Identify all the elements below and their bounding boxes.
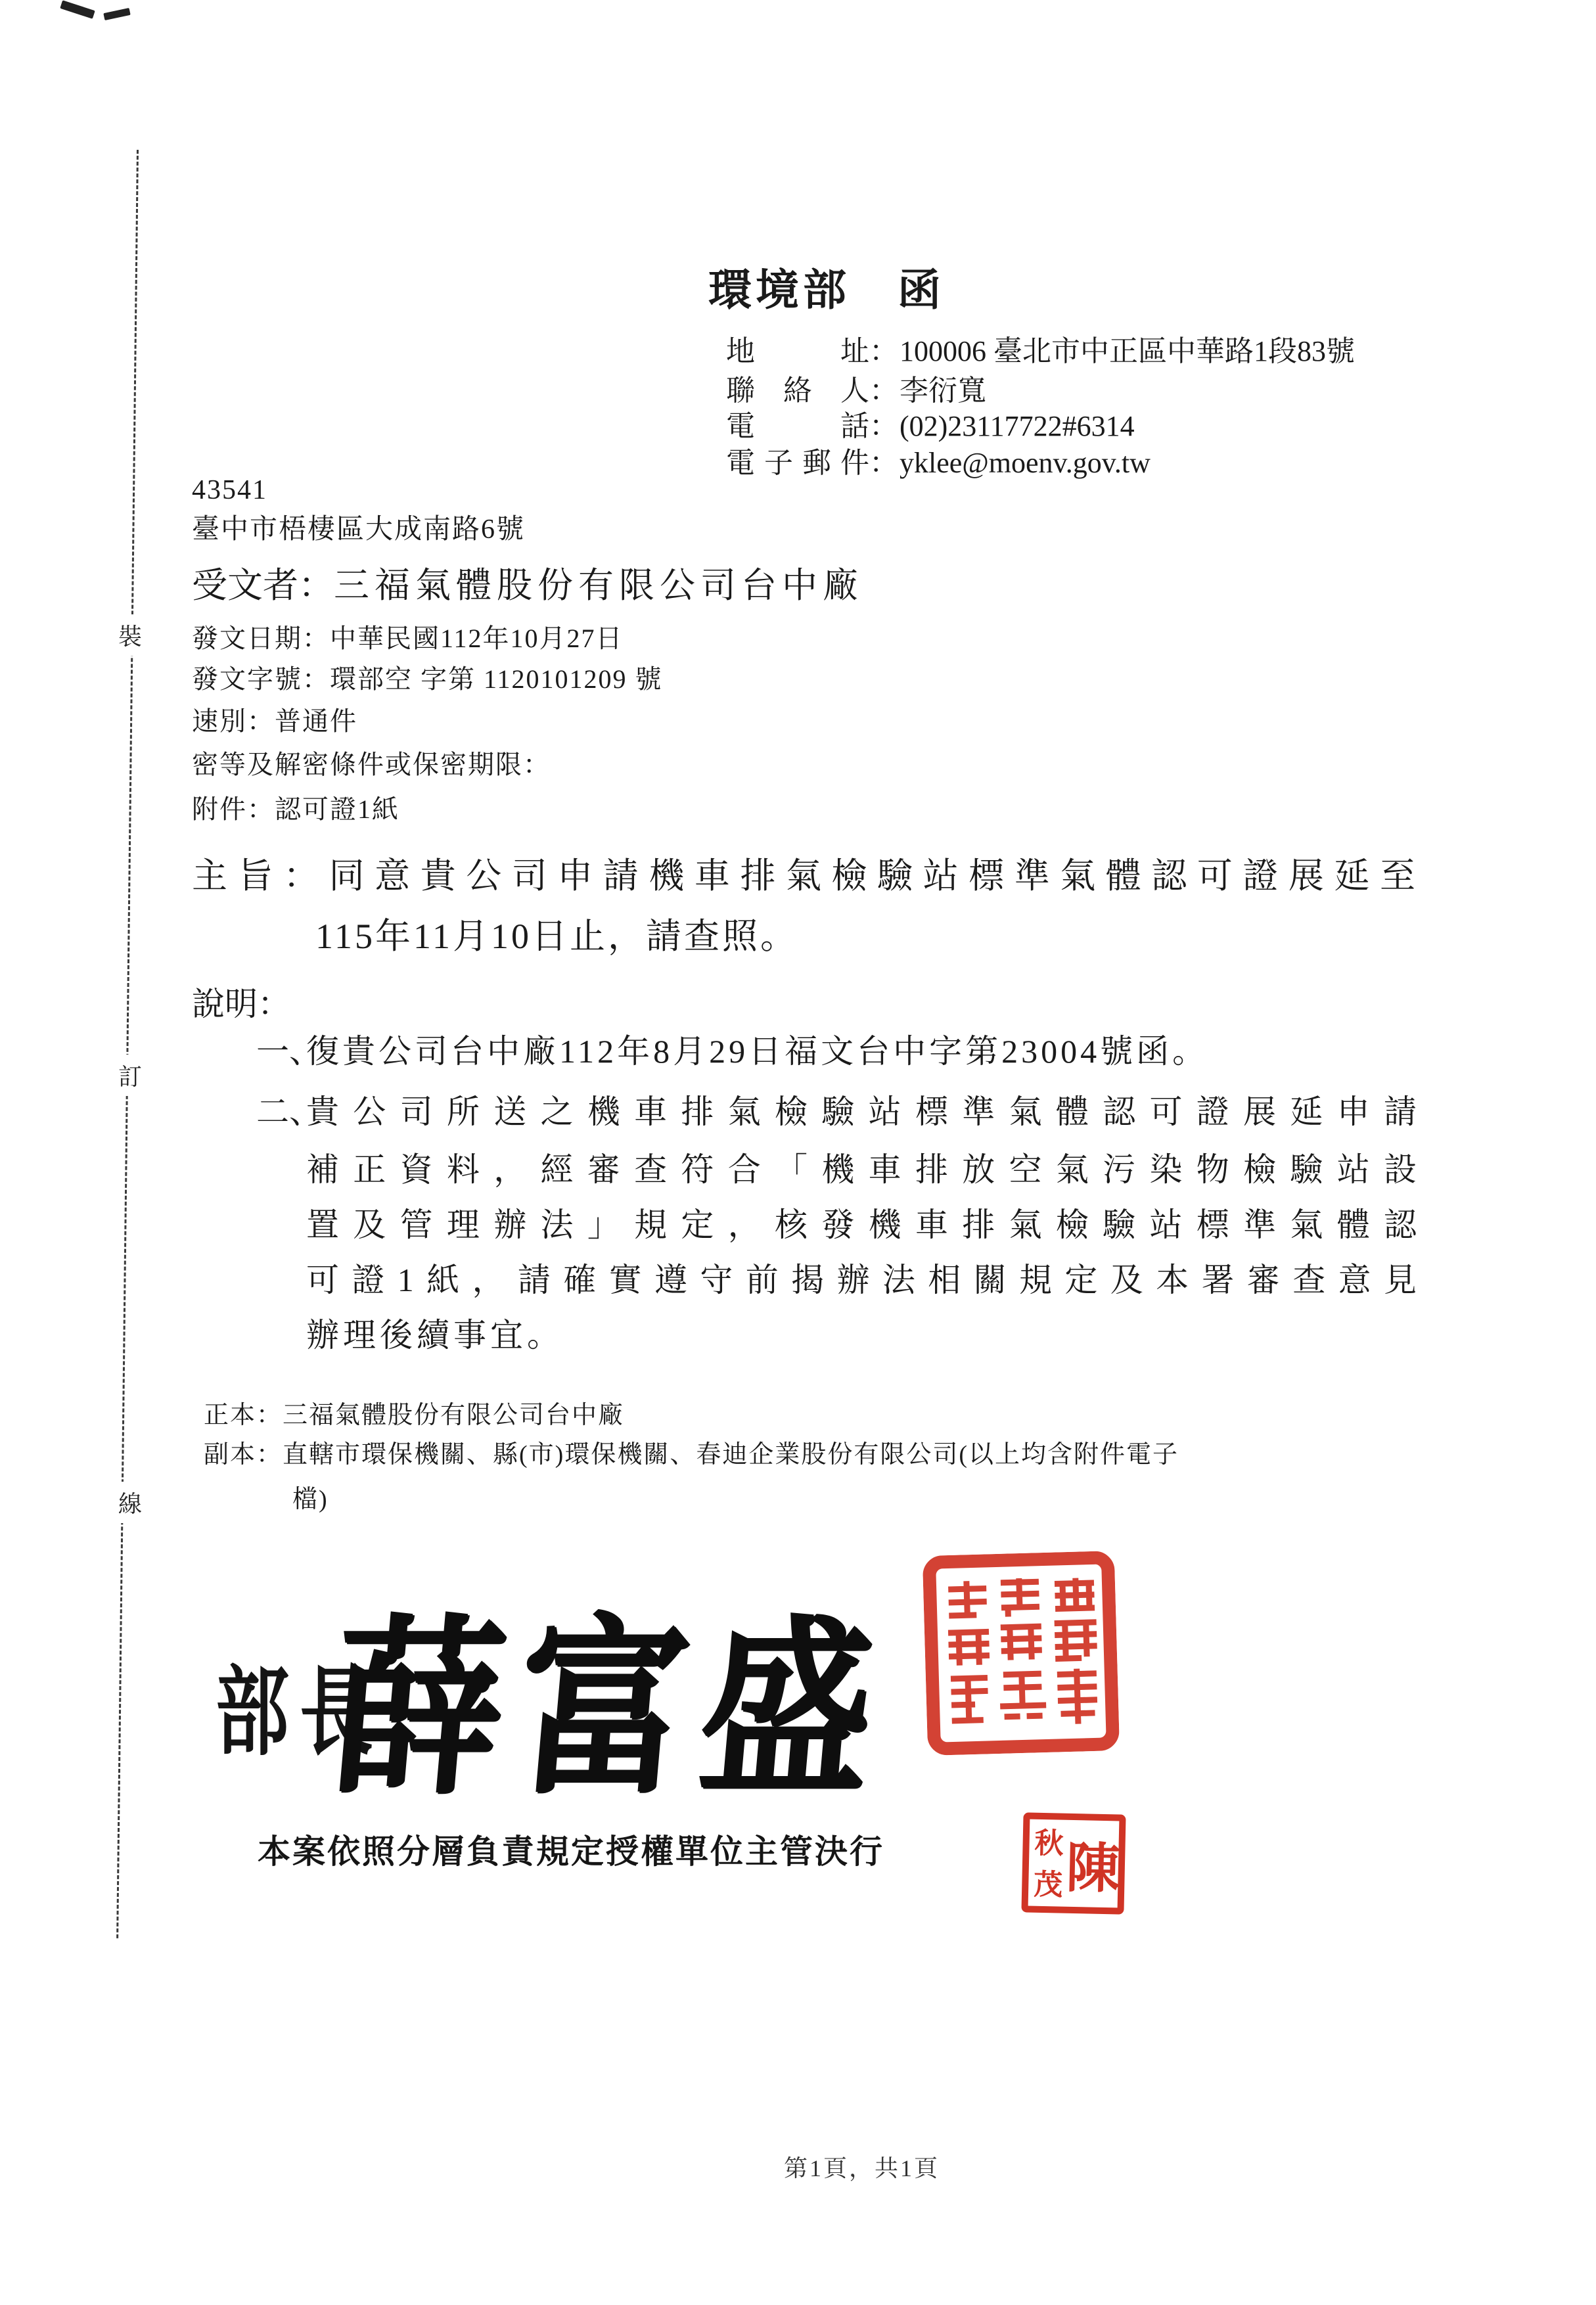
meta-attachment-value: 認可證1紙 (275, 794, 399, 824)
meta-doc-number-value: 環部空 字第 1120101209 號 (330, 664, 663, 694)
agency-title: 環境部 函 (708, 255, 945, 317)
meta-issue-date-value: 中華民國112年10月27日 (330, 624, 624, 653)
recipient-name: 三福氣體股份有限公司台中廠 (334, 566, 863, 605)
cc-copy-line1: 直轄市環保機關、縣(市)環保機關、春迪企業股份有限公司(以上均含附件電子 (283, 1441, 1179, 1469)
seal-char-chen: 陳 (1067, 1820, 1119, 1908)
recipient-code: 43541 (192, 474, 267, 506)
item-1-text: 復貴公司台中廠112年8月29日福文台中字第23004號函。 (306, 1025, 1208, 1072)
scanned-letter-page: 裝 訂 線 環境部 函 地址：100006 臺北市中正區中華路1段83號 聯絡人… (0, 0, 1596, 2305)
item-2-line5: 辦理後續事宜。 (306, 1309, 564, 1356)
delegation-note: 本案依照分層負責規定授權單位主管決行 (258, 1825, 884, 1873)
address-value: 100006 臺北市中正區中華路1段83號 (900, 335, 1355, 367)
personal-seal-left-column: 秋 茂 (1028, 1819, 1070, 1907)
page-footer: 第1頁，共1頁 (784, 2150, 940, 2183)
phone-value: (02)23117722#6314 (900, 410, 1135, 442)
phone-label: 電話 (726, 402, 869, 444)
meta-doc-number: 發文字號：環部空 字第 1120101209 號 (192, 658, 663, 696)
meta-attachment: 附件：認可證1紙 (192, 788, 399, 826)
original-copy-value: 三福氣體股份有限公司台中廠 (283, 1402, 624, 1429)
meta-security-label: 密等及解密條件或保密期限： (192, 750, 551, 779)
item-2-line3: 置及管理辦法」規定，核發機車排氣檢驗站標準氣體認 (306, 1198, 1417, 1246)
binding-mark-xian: 線 (117, 1482, 143, 1523)
header-email-row: 電子郵件：yklee@moenv.gov.tw (726, 439, 1151, 481)
meta-speed-class: 速別：普通件 (192, 700, 357, 738)
seal-char-qiu: 秋 (1034, 1829, 1064, 1860)
scan-artifact (60, 0, 95, 18)
minister-signature: 薛富盛 (323, 1556, 899, 1829)
recipient-address: 臺中市梧棲區大成南路6號 (192, 507, 525, 547)
meta-issue-date: 發文日期：中華民國112年10月27日 (192, 618, 624, 655)
item-2-line2: 補正資料，經審查符合「機車排放空氣污染物檢驗站設 (306, 1143, 1417, 1191)
large-red-seal-graphic (923, 1551, 1120, 1756)
original-copy-label: 正本： (204, 1402, 283, 1429)
cc-copy-line2: 檔) (292, 1478, 329, 1515)
binding-mark-zhuang: 裝 (117, 614, 143, 656)
item-2-line1: 貴公司所送之機車排氣檢驗站標準氣體認可證展延申請 (306, 1085, 1417, 1133)
scan-artifact (103, 8, 130, 20)
seal-char-mao: 茂 (1034, 1870, 1063, 1901)
meta-attachment-label: 附件： (192, 794, 275, 824)
binding-dotted-line (116, 150, 139, 1938)
cc-copy-row: 副本：直轄市環保機關、縣(市)環保機關、春迪企業股份有限公司(以上均含附件電子 (204, 1434, 1179, 1470)
address-label: 地址 (726, 327, 869, 369)
header-phone-row: 電話：(02)23117722#6314 (726, 402, 1135, 444)
meta-issue-date-label: 發文日期： (192, 624, 330, 653)
meta-speed-class-value: 普通件 (275, 706, 357, 736)
recipient-row: 受文者：三福氣體股份有限公司台中廠 (192, 557, 863, 608)
subject-line1: 主旨：同意貴公司申請機車排氣檢驗站標準氣體認可證展延至 (192, 848, 1415, 898)
subject-line2: 115年11月10日止，請查照。 (315, 908, 798, 959)
binding-mark-ding: 訂 (117, 1055, 143, 1096)
meta-doc-number-label: 發文字號： (192, 664, 330, 694)
email-label: 電子郵件 (726, 439, 869, 481)
explanation-label: 說明： (192, 978, 290, 1025)
address-colon: ： (869, 327, 900, 369)
header-address-row: 地址：100006 臺北市中正區中華路1段83號 (726, 327, 1355, 369)
original-copy-row: 正本：三福氣體股份有限公司台中廠 (204, 1394, 624, 1430)
email-value: yklee@moenv.gov.tw (900, 447, 1151, 479)
meta-security: 密等及解密條件或保密期限： (192, 744, 551, 781)
item-2-line4: 可證1紙，請確實遵守前揭辦法相關規定及本署審查意見 (306, 1254, 1417, 1301)
meta-speed-class-label: 速別： (192, 706, 275, 736)
personal-seal-chen-qiu-mao: 秋 茂 陳 (1021, 1812, 1126, 1914)
email-colon: ： (869, 439, 900, 481)
cc-copy-label: 副本： (204, 1441, 283, 1469)
phone-colon: ： (869, 402, 900, 444)
large-red-seal (923, 1551, 1120, 1759)
recipient-label: 受文者： (192, 566, 334, 605)
